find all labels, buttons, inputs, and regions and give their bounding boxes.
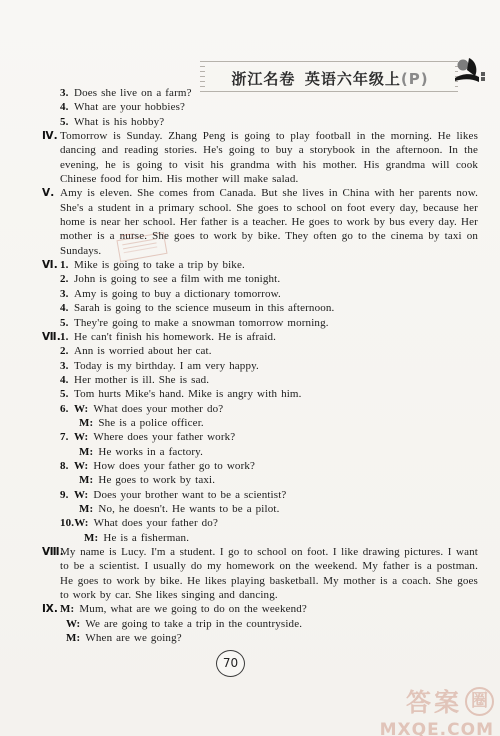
section-marker: Ⅵ.: [42, 258, 60, 272]
speaker-label: M:: [84, 532, 98, 544]
answer-line: 6.W:What does your mother do?: [60, 402, 478, 416]
answer-text: Sarah is going to the science museum in …: [74, 302, 334, 314]
item-number: 3.: [60, 86, 74, 100]
section-marker: Ⅳ.: [42, 129, 60, 143]
answer-line: 3.Today is my birthday. I am very happy.: [60, 359, 478, 373]
answer-line: Ⅶ.1.He can't finish his homework. He is …: [42, 330, 478, 344]
section-marker: Ⅴ.: [42, 186, 60, 200]
watermark-brand: 答案圈: [380, 683, 494, 719]
answer-text: When are we going?: [85, 632, 181, 644]
answer-text: No, he doesn't. He wants to be a pilot.: [98, 503, 279, 515]
speaker-label: M:: [79, 503, 93, 515]
item-number: 10.: [60, 516, 74, 530]
answer-line: 8.W:How does your father go to work?: [60, 459, 478, 473]
item-number: 1.: [60, 258, 74, 272]
answer-line: M:No, he doesn't. He wants to be a pilot…: [79, 502, 478, 516]
answer-line: 2.Ann is worried about her cat.: [60, 344, 478, 358]
item-number: 8.: [60, 459, 74, 473]
answer-line: 5.They're going to make a snowman tomorr…: [60, 316, 478, 330]
watermark-site-url: MXQE.COM: [380, 720, 494, 736]
answer-text: Ann is worried about her cat.: [74, 345, 212, 357]
answer-text: We are going to take a trip in the count…: [85, 618, 302, 630]
item-number: 1.: [60, 330, 74, 344]
answer-line: Ⅴ.Amy is eleven. She comes from Canada. …: [42, 186, 478, 258]
item-number: 5.: [60, 316, 74, 330]
answer-text: Mum, what are we going to do on the week…: [79, 603, 307, 615]
answer-line: 4.What are your hobbies?: [60, 100, 478, 114]
section-marker: Ⅶ.: [42, 330, 60, 344]
section-marker: Ⅷ.: [42, 545, 60, 559]
speaker-label: M:: [79, 417, 93, 429]
speaker-label: W:: [74, 517, 88, 529]
watermark-brand-text: 答案: [406, 683, 462, 719]
item-number: 7.: [60, 430, 74, 444]
answer-line: 7.W:Where does your father work?: [60, 430, 478, 444]
section-marker: Ⅸ.: [42, 602, 60, 616]
answer-line: 2.John is going to see a film with me to…: [60, 272, 478, 286]
speaker-label: M:: [66, 632, 80, 644]
speaker-label: W:: [74, 489, 88, 501]
item-number: 4.: [60, 301, 74, 315]
answer-line: 4.Her mother is ill. She is sad.: [60, 373, 478, 387]
speaker-label: W:: [74, 403, 88, 415]
answer-line: 10.W:What does your father do?: [60, 516, 478, 530]
answer-line: M:He works in a factory.: [79, 445, 478, 459]
speaker-label: M:: [79, 474, 93, 486]
item-number: 3.: [60, 287, 74, 301]
speaker-label: W:: [74, 460, 88, 472]
site-watermark: 答案圈 MXQE.COM: [380, 683, 494, 736]
answer-line: Ⅸ.M:Mum, what are we going to do on the …: [42, 602, 478, 616]
answer-line: 3.Amy is going to buy a dictionary tomor…: [60, 287, 478, 301]
answer-lines: 3.Does she live on a farm?4.What are you…: [22, 86, 478, 645]
answer-text: She is a police officer.: [98, 417, 203, 429]
answer-text: Her mother is ill. She is sad.: [74, 374, 209, 386]
answer-line: Ⅳ.Tomorrow is Sunday. Zhang Peng is goin…: [42, 129, 478, 186]
answer-text: Tom hurts Mike's hand. Mike is angry wit…: [74, 388, 302, 400]
answer-line: M:He goes to work by taxi.: [79, 473, 478, 487]
item-number: 2.: [60, 344, 74, 358]
answer-text: Where does your father work?: [93, 431, 235, 443]
answer-text: What does your mother do?: [93, 403, 223, 415]
answer-text: He works in a factory.: [98, 446, 203, 458]
speaker-label: M:: [79, 446, 93, 458]
item-number: 6.: [60, 402, 74, 416]
answer-text: My name is Lucy. I'm a student. I go to …: [60, 546, 478, 601]
item-number: 4.: [60, 373, 74, 387]
answer-text: What does your father do?: [94, 517, 218, 529]
answer-text: Amy is going to buy a dictionary tomorro…: [74, 288, 281, 300]
answer-text: Does your brother want to be a scientist…: [93, 489, 286, 501]
answer-text: Tomorrow is Sunday. Zhang Peng is going …: [60, 130, 478, 185]
watermark-circle-icon: 圈: [465, 687, 494, 716]
answer-text: How does your father go to work?: [93, 460, 255, 472]
answer-line: 5.Tom hurts Mike's hand. Mike is angry w…: [60, 387, 478, 401]
answer-line: Ⅷ.My name is Lucy. I'm a student. I go t…: [42, 545, 478, 602]
answer-line: 4.Sarah is going to the science museum i…: [60, 301, 478, 315]
answer-line: Ⅵ.1.Mike is going to take a trip by bike…: [42, 258, 478, 272]
answer-text: Today is my birthday. I am very happy.: [74, 360, 259, 372]
answer-text: What is his hobby?: [74, 116, 164, 128]
answer-line: M:He is a fisherman.: [84, 531, 478, 545]
answer-text: Mike is going to take a trip by bike.: [74, 259, 245, 271]
answer-text: They're going to make a snowman tomorrow…: [74, 317, 329, 329]
answer-line: M:When are we going?: [66, 631, 478, 645]
answer-text: Does she live on a farm?: [74, 87, 192, 99]
answer-text: He goes to work by taxi.: [98, 474, 215, 486]
answer-text: What are your hobbies?: [74, 101, 185, 113]
speaker-label: W:: [66, 618, 80, 630]
speaker-label: M:: [60, 603, 74, 615]
answer-line: M:She is a police officer.: [79, 416, 478, 430]
answer-text: He can't finish his homework. He is afra…: [74, 331, 276, 343]
scanned-answer-page: 浙江名卷 英语六年级上(P) 3.Does she live on a farm…: [0, 0, 500, 736]
item-number: 5.: [60, 115, 74, 129]
item-number: 3.: [60, 359, 74, 373]
speaker-label: W:: [74, 431, 88, 443]
answer-line: 5.What is his hobby?: [60, 115, 478, 129]
item-number: 2.: [60, 272, 74, 286]
answer-text: He is a fisherman.: [103, 532, 189, 544]
page-number-badge: 70: [216, 650, 245, 677]
item-number: 4.: [60, 100, 74, 114]
item-number: 9.: [60, 488, 74, 502]
item-number: 5.: [60, 387, 74, 401]
answer-line: W:We are going to take a trip in the cou…: [66, 617, 478, 631]
answer-line: 9.W:Does your brother want to be a scien…: [60, 488, 478, 502]
answer-line: 3.Does she live on a farm?: [60, 86, 478, 100]
answer-text: John is going to see a film with me toni…: [74, 273, 280, 285]
